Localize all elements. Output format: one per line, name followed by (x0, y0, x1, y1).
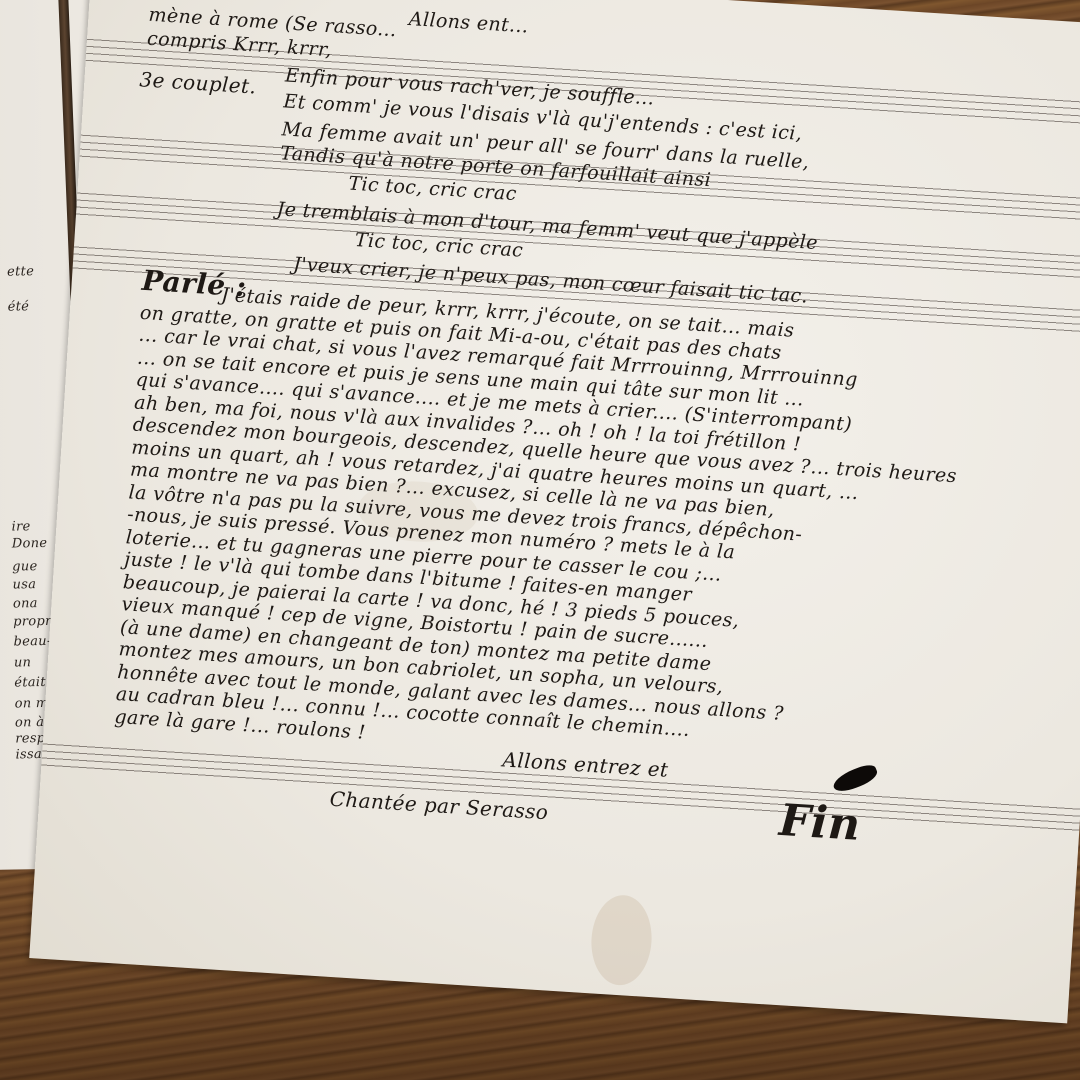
left-page-fragment: Done (12, 536, 48, 552)
left-page-fragment: usa (12, 577, 36, 592)
left-page-fragment: on à (15, 715, 45, 731)
header-fragment: Allons ent... (408, 8, 529, 37)
left-page-fragment: été (8, 299, 30, 314)
left-page-fragment: beau- (13, 634, 51, 650)
left-page-fragment: ette (7, 264, 34, 279)
left-page-fragment: gue (12, 559, 38, 574)
left-page-fragment: était (14, 675, 46, 691)
left-page-fragment: un (14, 655, 32, 670)
fin-mark: Fin (778, 795, 862, 851)
paper-stain (589, 893, 655, 987)
left-page-fragment: ona (13, 596, 38, 611)
left-page-fragment: ire (11, 519, 30, 534)
manuscript-page: mène à rome (Se rasso... Allons ent... c… (29, 0, 1080, 1023)
